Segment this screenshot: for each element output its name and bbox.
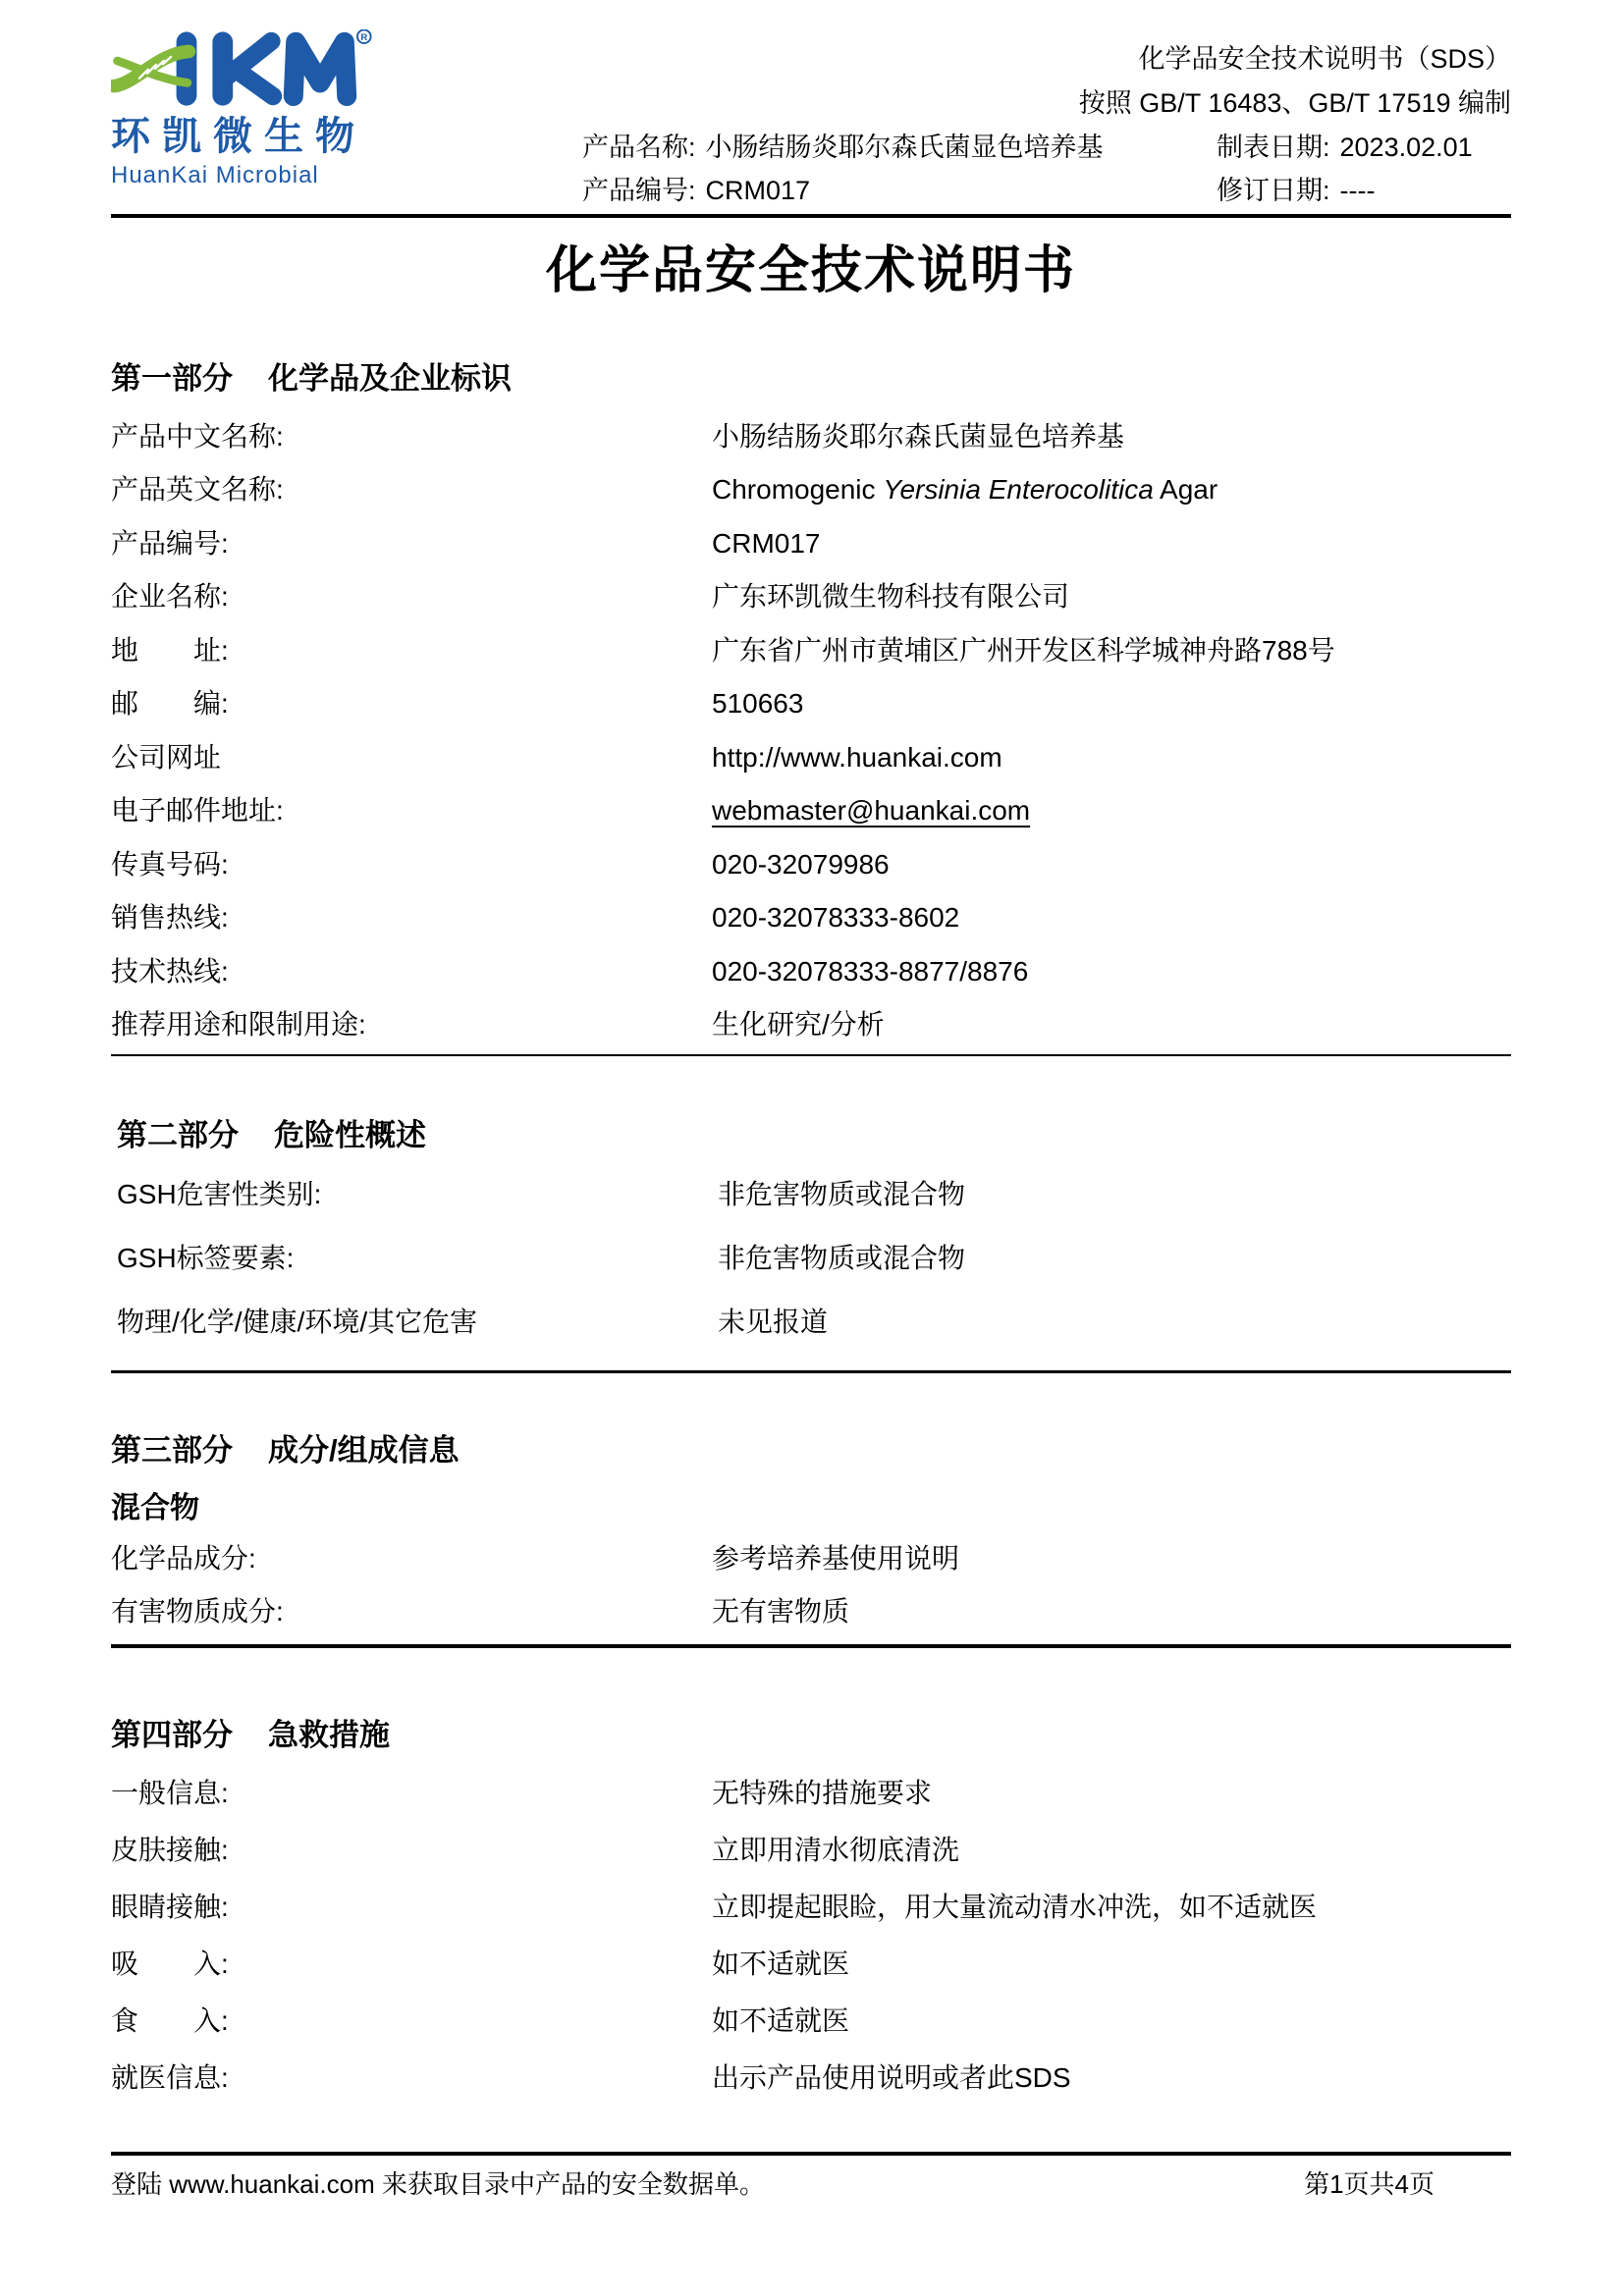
field-label: 化学品成分: (111, 1541, 712, 1576)
field-value: 参考培养基使用说明 (712, 1541, 1511, 1576)
header-info: 化学品安全技术说明书（SDS） 按照 GB/T 16483、GB/T 17519… (406, 29, 1511, 214)
section-first-aid: 第四部分 急救措施 一般信息:无特殊的措施要求皮肤接触:立即用清水彻底清洗眼睛接… (111, 1717, 1511, 2107)
field-label: 物理/化学/健康/环境/其它危害 (117, 1305, 718, 1340)
field-row: 销售热线:020-32078333-8602 (111, 891, 1511, 945)
website-url: http://www.huankai.com (712, 740, 1511, 775)
sds-document-page: R 环凯微生物 HuanKai Microbial 化学品安全技术说明书（SDS… (0, 0, 1624, 2296)
field-label: 有害物质成分: (111, 1594, 712, 1629)
section-rows: 化学品成分:参考培养基使用说明有害物质成分:无有害物质 (111, 1532, 1511, 1638)
section-number: 第一部分 (111, 360, 233, 399)
page-footer: 登陆 www.huankai.com 来获取目录中产品的安全数据单。 第1页共4… (111, 2152, 1511, 2202)
section-divider (111, 1644, 1511, 1648)
field-row: 地 址:广东省广州市黄埔区广州开发区科学城神舟路788号 (111, 624, 1511, 678)
section-title: 化学品及企业标识 (268, 360, 512, 399)
field-value: 非危害物质或混合物 (718, 1177, 1511, 1212)
page-number: 第1页共4页 (1304, 2168, 1511, 2202)
field-row: 吸 入:如不适就医 (111, 1936, 1511, 1993)
header-doc-title: 化学品安全技术说明书（SDS） (406, 43, 1511, 77)
field-row: 产品中文名称:小肠结肠炎耶尔森氏菌显色培养基 (111, 410, 1511, 464)
header-revision: 修订日期:---- (1217, 175, 1511, 208)
field-label: GSH标签要素: (117, 1241, 718, 1276)
logo-chinese-name: 环凯微生物 (111, 114, 406, 159)
section-heading: 第一部分 化学品及企业标识 (111, 360, 1511, 399)
field-row: 食 入:如不适就医 (111, 1993, 1511, 2050)
section-heading: 第二部分 危险性概述 (111, 1117, 1511, 1155)
field-value: 如不适就医 (712, 1947, 1511, 1982)
field-row: 眼睛接触:立即提起眼睑，用大量流动清水冲洗，如不适就医 (111, 1879, 1511, 1936)
header-product-row: 产品名称:小肠结肠炎耶尔森氏菌显色培养基 制表日期:2023.02.01 (582, 132, 1511, 165)
field-value: 无特殊的措施要求 (712, 1776, 1511, 1811)
section-title: 急救措施 (268, 1717, 390, 1755)
field-row: 公司网址http://www.huankai.com (111, 731, 1511, 785)
header-product-name: 产品名称:小肠结肠炎耶尔森氏菌显色培养基 (582, 132, 1217, 165)
email-link[interactable]: webmaster@huankai.com (712, 793, 1511, 828)
field-row: 技术热线:020-32078333-8877/8876 (111, 945, 1511, 999)
field-label: 传真号码: (111, 847, 712, 882)
footer-divider (111, 2152, 1511, 2156)
field-value: 广东环凯微生物科技有限公司 (712, 579, 1511, 614)
mixture-subheading: 混合物 (111, 1477, 1511, 1532)
field-row: 产品英文名称:Chromogenic Yersinia Enterocoliti… (111, 463, 1511, 517)
field-label: 食 入: (111, 2003, 712, 2039)
field-value: 020-32078333-8877/8876 (712, 954, 1511, 989)
footer-note: 登陆 www.huankai.com 来获取目录中产品的安全数据单。 (111, 2168, 765, 2202)
field-row: 电子邮件地址:webmaster@huankai.com (111, 784, 1511, 838)
header-product-code: 产品编号:CRM017 (582, 175, 1217, 208)
field-label: 公司网址 (111, 740, 712, 775)
section-heading: 第三部分 成分/组成信息 (111, 1432, 1511, 1470)
field-value: 020-32078333-8602 (712, 900, 1511, 935)
section-composition: 第三部分 成分/组成信息 混合物 化学品成分:参考培养基使用说明有害物质成分:无… (111, 1432, 1511, 1639)
field-label: 电子邮件地址: (111, 793, 712, 828)
section-rows: 产品中文名称:小肠结肠炎耶尔森氏菌显色培养基产品英文名称:Chromogenic… (111, 410, 1511, 1052)
section-number: 第二部分 (117, 1117, 239, 1155)
field-value-suffix: Agar (1154, 474, 1218, 505)
field-row: GSH标签要素:非危害物质或混合物 (111, 1227, 1511, 1291)
section-hazards: 第二部分 危险性概述 GSH危害性类别:非危害物质或混合物GSH标签要素:非危害… (111, 1117, 1511, 1355)
section-title: 成分/组成信息 (268, 1432, 460, 1470)
product-code-label: 产品编号: (582, 176, 696, 205)
date-value: 2023.02.01 (1340, 133, 1473, 162)
field-row: 就医信息:出示产品使用说明或者此SDS (111, 2050, 1511, 2107)
field-row: 物理/化学/健康/环境/其它危害未见报道 (111, 1291, 1511, 1355)
date-label: 制表日期: (1217, 133, 1330, 162)
field-value: Chromogenic Yersinia Enterocolitica Agar (712, 472, 1511, 507)
field-label: 推荐用途和限制用途: (111, 1007, 712, 1042)
field-row: 有害物质成分:无有害物质 (111, 1585, 1511, 1638)
field-value: 立即用清水彻底清洗 (712, 1833, 1511, 1868)
field-value: 出示产品使用说明或者此SDS (712, 2060, 1511, 2096)
section-divider (111, 1370, 1511, 1373)
product-name-label: 产品名称: (582, 133, 696, 162)
company-logo: R 环凯微生物 HuanKai Microbial (111, 29, 406, 214)
field-label: 产品编号: (111, 526, 712, 561)
section-rows: GSH危害性类别:非危害物质或混合物GSH标签要素:非危害物质或混合物物理/化学… (111, 1163, 1511, 1355)
field-value-prefix: Chromogenic (712, 474, 883, 505)
field-value: CRM017 (712, 526, 1511, 561)
field-row: 皮肤接触:立即用清水彻底清洗 (111, 1822, 1511, 1879)
field-row: 邮 编:510663 (111, 677, 1511, 731)
field-value: 广东省广州市黄埔区广州开发区科学城神舟路788号 (712, 633, 1511, 668)
field-label: 企业名称: (111, 579, 712, 614)
field-value-italic: Yersinia Enterocolitica (883, 474, 1153, 505)
product-code-value: CRM017 (706, 176, 811, 205)
section-identification: 第一部分 化学品及企业标识 产品中文名称:小肠结肠炎耶尔森氏菌显色培养基产品英文… (111, 360, 1511, 1052)
field-label: 吸 入: (111, 1947, 712, 1982)
field-value: 510663 (712, 686, 1511, 721)
field-label: 产品英文名称: (111, 472, 712, 507)
revision-value: ---- (1340, 176, 1376, 205)
field-value: 小肠结肠炎耶尔森氏菌显色培养基 (712, 419, 1511, 454)
page-header: R 环凯微生物 HuanKai Microbial 化学品安全技术说明书（SDS… (111, 0, 1511, 214)
field-row: 传真号码:020-32079986 (111, 838, 1511, 892)
header-date: 制表日期:2023.02.01 (1217, 132, 1511, 165)
field-value: 生化研究/分析 (712, 1007, 1511, 1042)
field-value: 未见报道 (718, 1305, 1511, 1340)
section-title: 危险性概述 (274, 1117, 426, 1155)
header-divider (111, 214, 1511, 218)
section-number: 第三部分 (111, 1432, 233, 1470)
section-rows: 一般信息:无特殊的措施要求皮肤接触:立即用清水彻底清洗眼睛接触:立即提起眼睑，用… (111, 1765, 1511, 2107)
field-row: 推荐用途和限制用途:生化研究/分析 (111, 998, 1511, 1052)
field-label: 皮肤接触: (111, 1833, 712, 1868)
field-label: 产品中文名称: (111, 419, 712, 454)
product-name-value: 小肠结肠炎耶尔森氏菌显色培养基 (706, 133, 1104, 162)
field-row: 产品编号:CRM017 (111, 517, 1511, 571)
registered-mark-icon: R (357, 29, 371, 43)
section-number: 第四部分 (111, 1717, 233, 1755)
field-label: 邮 编: (111, 686, 712, 721)
field-label: 地 址: (111, 633, 712, 668)
field-label: 就医信息: (111, 2060, 712, 2096)
svg-text:R: R (360, 32, 367, 43)
field-label: 技术热线: (111, 954, 712, 989)
section-heading: 第四部分 急救措施 (111, 1717, 1511, 1755)
field-value: 非危害物质或混合物 (718, 1241, 1511, 1276)
field-row: GSH危害性类别:非危害物质或混合物 (111, 1163, 1511, 1227)
revision-label: 修订日期: (1217, 176, 1330, 205)
field-label: 眼睛接触: (111, 1890, 712, 1925)
field-label: GSH危害性类别: (117, 1177, 718, 1212)
logo-english-name: HuanKai Microbial (111, 163, 406, 188)
field-row: 企业名称:广东环凯微生物科技有限公司 (111, 570, 1511, 624)
field-value: 立即提起眼睑，用大量流动清水冲洗，如不适就医 (712, 1890, 1511, 1925)
field-row: 化学品成分:参考培养基使用说明 (111, 1532, 1511, 1585)
header-standard: 按照 GB/T 16483、GB/T 17519 编制 (406, 87, 1511, 121)
field-value: 无有害物质 (712, 1594, 1511, 1629)
section-divider (111, 1054, 1511, 1056)
hkm-logo-icon: R (111, 29, 372, 108)
field-value: 020-32079986 (712, 847, 1511, 882)
header-code-row: 产品编号:CRM017 修订日期:---- (582, 175, 1511, 208)
field-value: 如不适就医 (712, 2003, 1511, 2039)
field-label: 销售热线: (111, 900, 712, 935)
field-label: 一般信息: (111, 1776, 712, 1811)
page-title: 化学品安全技术说明书 (111, 243, 1511, 299)
field-row: 一般信息:无特殊的措施要求 (111, 1765, 1511, 1822)
